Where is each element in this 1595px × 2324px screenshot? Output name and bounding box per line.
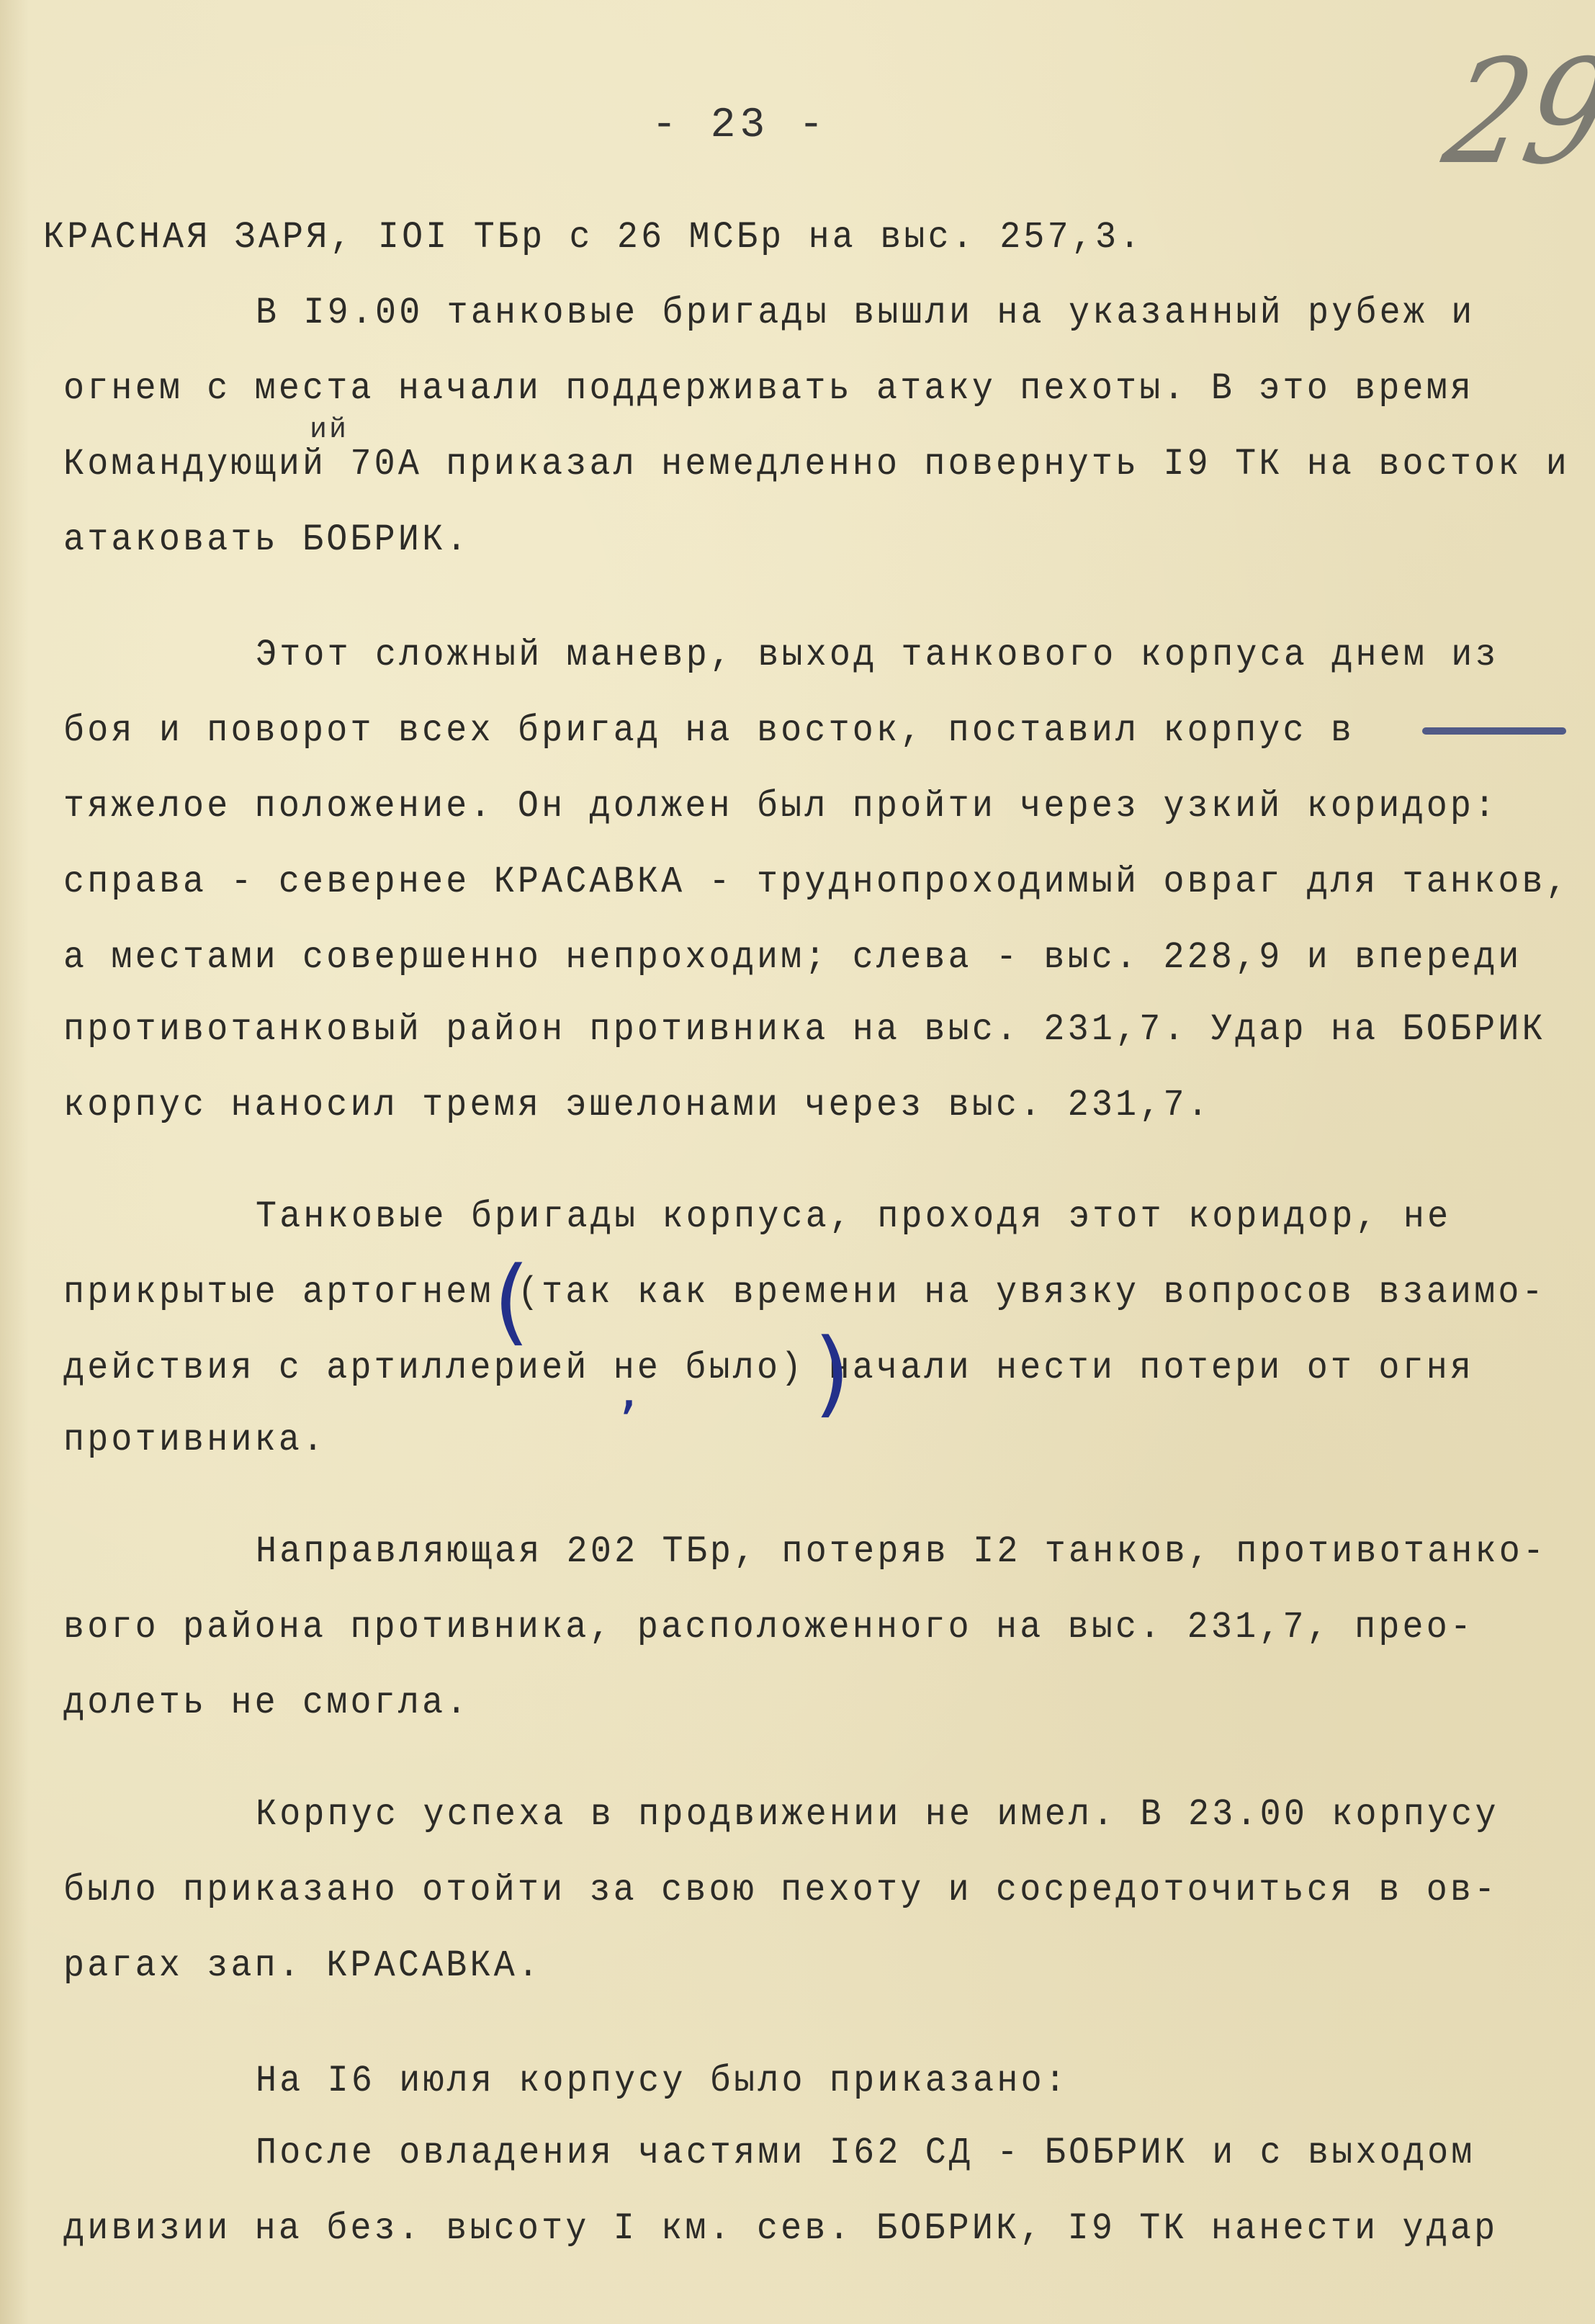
typed-line-1: КРАСНАЯ ЗАРЯ, IOI ТБр с 26 МСБр на выс. … [43, 216, 1143, 259]
page-number: - 23 - [652, 102, 828, 149]
ink-strikethrough [1422, 727, 1566, 735]
typed-line-10: а местами совершенно непроходим; слева -… [63, 936, 1522, 979]
typed-line-8: тяжелое положение. Он должен был пройти … [63, 785, 1498, 827]
typed-line-13: Танковые бригады корпуса, проходя этот к… [256, 1195, 1451, 1238]
typed-line-17: Направляющая 202 ТБр, потеряв I2 танков,… [256, 1530, 1547, 1573]
typed-line-21: было приказано отойти за свою пехоту и с… [63, 1869, 1498, 1911]
ink-close-paren: ) [814, 1318, 850, 1427]
typed-line-22: рагах зап. КРАСАВКА. [63, 1944, 542, 1987]
typed-line-3: огнем с места начали поддерживать атаку … [63, 367, 1474, 410]
typed-line-14: прикрытые артогнем (так как времени на у… [63, 1271, 1546, 1314]
typed-line-5: атаковать БОБРИК. [63, 519, 470, 561]
typed-line-23: На I6 июля корпусу было приказано: [256, 2060, 1069, 2102]
insert-above-komanduyushchiy: ий [310, 414, 349, 447]
typed-line-15: действия с артиллерией не было) начали н… [63, 1347, 1474, 1389]
typed-line-16: противника. [63, 1419, 326, 1461]
typed-line-19: долеть не смогла. [63, 1682, 470, 1724]
ink-open-paren: ( [493, 1246, 530, 1355]
typed-line-7: боя и поворот всех бригад на восток, пос… [63, 709, 1354, 752]
typed-line-2: В I9.00 танковые бригады вышли на указан… [256, 292, 1475, 334]
typed-line-11: противотанковый район противника на выс.… [63, 1008, 1546, 1051]
typed-line-9: справа - севернее КРАСАВКА - труднопрохо… [63, 861, 1570, 903]
ink-comma: , [619, 1354, 637, 1421]
typed-line-6: Этот сложный маневр, выход танкового кор… [256, 634, 1499, 676]
typed-line-24: После овладения частями I62 СД - БОБРИК … [256, 2132, 1475, 2174]
typed-line-4: Командующий 70А приказал немедленно пове… [63, 443, 1570, 485]
typed-line-12: корпус наносил тремя эшелонами через выс… [63, 1084, 1211, 1126]
typed-line-25: дивизии на без. высоту I км. сев. БОБРИК… [63, 2207, 1498, 2250]
typed-line-18: вого района противника, расположенного н… [63, 1606, 1474, 1648]
typed-line-20: Корпус успеха в продвижении не имел. В 2… [256, 1793, 1499, 1836]
archive-sheet-number: 29 [1432, 29, 1595, 197]
